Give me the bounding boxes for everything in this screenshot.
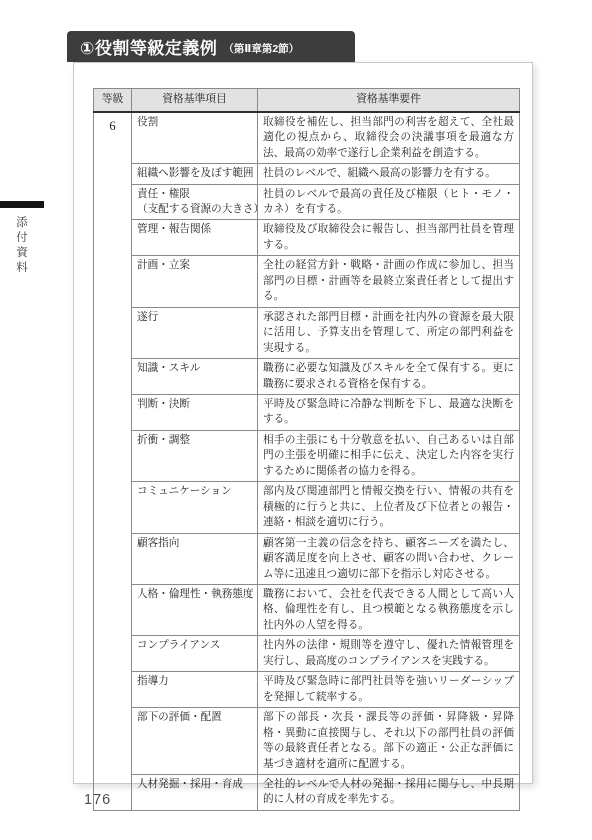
table-row: 人材発掘・採用・育成全社的レベルで人材の発掘・採用に関与し、中長期的に人材の育成… [94,774,520,810]
criteria-item-cell: 折衝・調整 [132,430,258,481]
col-header-requirement: 資格基準要件 [258,89,520,112]
side-tab-marker [0,201,44,208]
book-page: { "page": { "title": "①役割等級定義例", "subtit… [0,0,592,840]
criteria-item-cell: コンプライアンス [132,636,258,672]
criteria-item-cell: 人格・倫理性・執務態度 [132,584,258,635]
table-row: 折衝・調整相手の主張にも十分敬意を払い、自己あるいは自部門の主張を明確に相手に伝… [94,430,520,481]
criteria-requirement-cell: 全社的レベルで人材の発掘・採用に関与し、中長期的に人材の育成を率先する。 [258,774,520,810]
criteria-requirement-cell: 取締役及び取締役会に報告し、担当部門社員を管理する。 [258,220,520,256]
criteria-requirement-cell: 社内外の法律・規則等を遵守し、優れた情報管理を実行し、最高度のコンプライアンスを… [258,636,520,672]
table-row: 判断・決断平時及び緊急時に冷静な判断を下し、最適な決断をする。 [94,395,520,431]
table-row: 指導力平時及び緊急時に部門社員等を強いリーダーシップを発揮して統率する。 [94,672,520,708]
table-row: 6役割取締役を補佐し、担当部門の利害を超えて、全社最適化の視点から、取締役会の決… [94,112,520,164]
table-row: 管理・報告関係取締役及び取締役会に報告し、担当部門社員を管理する。 [94,220,520,256]
table-row: 人格・倫理性・執務態度職務において、会社を代表できる人間として高い人格、倫理性を… [94,584,520,635]
criteria-requirement-cell: 取締役を補佐し、担当部門の利害を超えて、全社最適化の視点から、取締役会の決議事項… [258,112,520,164]
criteria-item-cell: 部下の評価・配置 [132,708,258,775]
table-row: 部下の評価・配置部下の部長・次長・課長等の評価・昇降級・昇降格・異動に直接関与し… [94,708,520,775]
grade-definition-table: 等級 資格基準項目 資格基準要件 6役割取締役を補佐し、担当部門の利害を超えて、… [93,88,520,811]
criteria-requirement-cell: 顧客第一主義の信念を持ち、顧客ニーズを満たし、顧客満足度を向上させ、顧客の問い合… [258,533,520,584]
criteria-requirement-cell: 全社の経営方針・戦略・計画の作成に参加し、担当部門の目標・計画等を最終立案責任者… [258,256,520,307]
criteria-item-cell: 計画・立案 [132,256,258,307]
table-header-row: 等級 資格基準項目 資格基準要件 [94,89,520,112]
grade-cell: 6 [94,112,132,811]
criteria-item-cell: 役割 [132,112,258,164]
page-subtitle: （第Ⅱ章第2節） [223,41,299,56]
criteria-item-cell: コミュニケーション [132,482,258,533]
table-row: 組織へ影響を及ぼす範囲社員のレベルで、組織へ最高の影響力を有する。 [94,164,520,184]
criteria-item-cell: 判断・決断 [132,395,258,431]
criteria-item-cell: 顧客指向 [132,533,258,584]
criteria-item-cell: 管理・報告関係 [132,220,258,256]
criteria-requirement-cell: 平時及び緊急時に冷静な判断を下し、最適な決断をする。 [258,395,520,431]
table-row: 知識・スキル職務に必要な知識及びスキルを全て保有する。更に職務に要求される資格を… [94,359,520,395]
criteria-requirement-cell: 職務に必要な知識及びスキルを全て保有する。更に職務に要求される資格を保有する。 [258,359,520,395]
side-tab-label: 添付資料 [13,216,29,276]
page-number: 176 [84,792,111,808]
criteria-requirement-cell: 部下の部長・次長・課長等の評価・昇降級・昇降格・異動に直接関与し、それ以下の部門… [258,708,520,775]
criteria-requirement-cell: 社員のレベルで最高の責任及び権限（ヒト・モノ・カネ）を有する。 [258,184,520,220]
section-title-bar: ①役割等級定義例 （第Ⅱ章第2節） [67,31,355,62]
col-header-item: 資格基準項目 [132,89,258,112]
table-row: コミュニケーション部内及び関連部門と情報交換を行い、情報の共有を積極的に行うと共… [94,482,520,533]
criteria-requirement-cell: 社員のレベルで、組織へ最高の影響力を有する。 [258,164,520,184]
criteria-item-cell: 知識・スキル [132,359,258,395]
table-row: コンプライアンス社内外の法律・規則等を遵守し、優れた情報管理を実行し、最高度のコ… [94,636,520,672]
criteria-requirement-cell: 相手の主張にも十分敬意を払い、自己あるいは自部門の主張を明確に相手に伝え、決定し… [258,430,520,481]
table-row: 責任・権限 （支配する資源の大きさ）社員のレベルで最高の責任及び権限（ヒト・モノ… [94,184,520,220]
page-title: ①役割等級定義例 [80,34,217,59]
criteria-item-cell: 組織へ影響を及ぼす範囲 [132,164,258,184]
criteria-requirement-cell: 部内及び関連部門と情報交換を行い、情報の共有を積極的に行うと共に、上位者及び下位… [258,482,520,533]
criteria-item-cell: 責任・権限 （支配する資源の大きさ） [132,184,258,220]
table-row: 計画・立案全社の経営方針・戦略・計画の作成に参加し、担当部門の目標・計画等を最終… [94,256,520,307]
criteria-item-cell: 遂行 [132,307,258,358]
criteria-requirement-cell: 職務において、会社を代表できる人間として高い人格、倫理性を有し、且つ模範となる執… [258,584,520,635]
table-row: 遂行承認された部門目標・計画を社内外の資源を最大限に活用し、予算支出を管理して、… [94,307,520,358]
criteria-item-cell: 人材発掘・採用・育成 [132,774,258,810]
table-row: 顧客指向顧客第一主義の信念を持ち、顧客ニーズを満たし、顧客満足度を向上させ、顧客… [94,533,520,584]
criteria-requirement-cell: 平時及び緊急時に部門社員等を強いリーダーシップを発揮して統率する。 [258,672,520,708]
criteria-item-cell: 指導力 [132,672,258,708]
criteria-requirement-cell: 承認された部門目標・計画を社内外の資源を最大限に活用し、予算支出を管理して、所定… [258,307,520,358]
col-header-grade: 等級 [94,89,132,112]
